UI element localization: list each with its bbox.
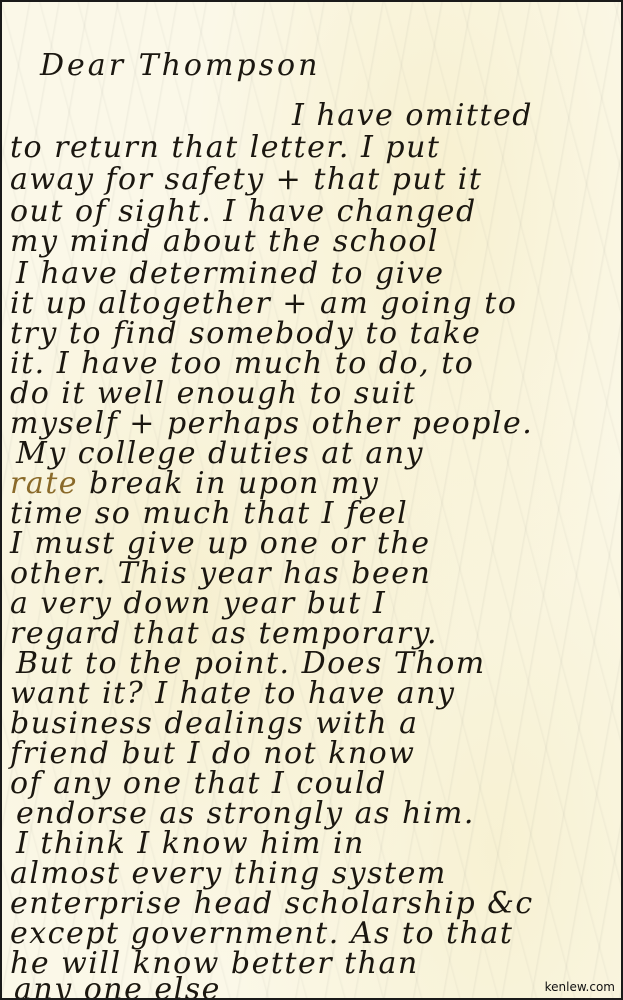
letter-page: Dear Thompson I have omitted to return t… [0,0,623,1000]
handwritten-letter: Dear Thompson I have omitted to return t… [2,2,621,998]
letter-line: away for safety + that put it [10,162,482,197]
letter-line: I have omitted [292,98,533,133]
watermark: kenlew.com [545,980,615,994]
letter-line: any one else [14,972,221,1000]
letter-line: my mind about the school [10,224,439,259]
salutation: Dear Thompson [40,48,320,83]
letter-line: to return that letter. I put [10,130,440,165]
